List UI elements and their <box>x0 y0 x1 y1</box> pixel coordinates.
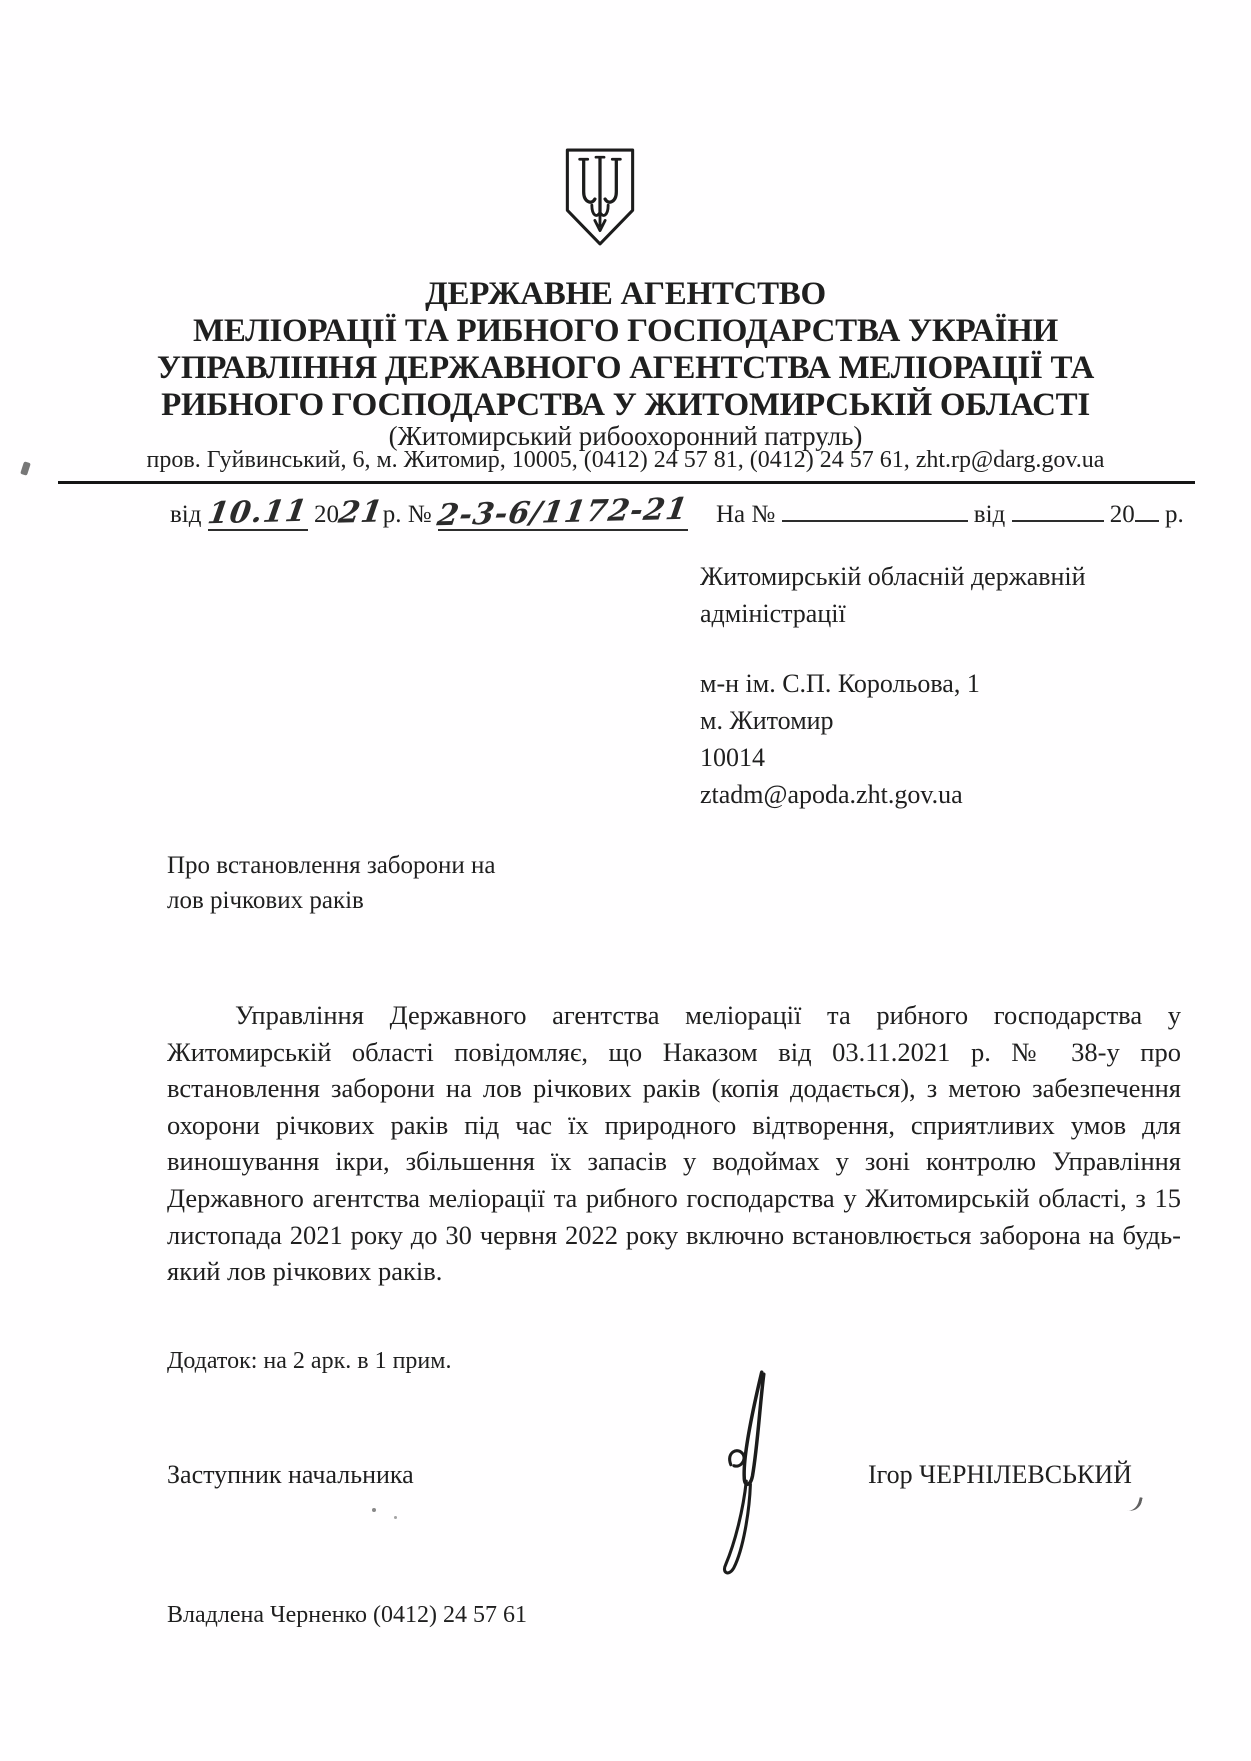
in-ref-date-label: від <box>974 501 1005 528</box>
contacts-line: пров. Гуйвинський, 6, м. Житомир, 10005,… <box>0 447 1251 474</box>
out-ref-prefix: від <box>170 501 201 528</box>
recipient-gap <box>700 632 1086 665</box>
letterhead-divider <box>58 481 1195 484</box>
scanned-letter-page: ДЕРЖАВНЕ АГЕНТСТВО МЕЛІОРАЦІЇ ТА РИБНОГО… <box>0 0 1251 1761</box>
in-ref-number-blank <box>782 498 968 522</box>
ink-mark <box>1126 1495 1142 1514</box>
recipient-email: ztadm@apoda.zht.gov.ua <box>700 776 1086 813</box>
out-ref-number-label: № <box>408 501 432 528</box>
org-name-line2: МЕЛІОРАЦІЇ ТА РИБНОГО ГОСПОДАРСТВА УКРАЇ… <box>0 313 1251 350</box>
recipient-org-line2: адміністрації <box>700 595 1086 632</box>
attachment-note: Додаток: на 2 арк. в 1 прим. <box>167 1348 451 1375</box>
scan-artifact <box>372 1508 376 1512</box>
subject-line2: лов річкових раків <box>167 883 496 918</box>
recipient-address-line2: м. Житомир <box>700 702 1086 739</box>
org-name-line1: ДЕРЖАВНЕ АГЕНТСТВО <box>0 276 1251 313</box>
executor-line: Владлена Черненко (0412) 24 57 61 <box>167 1602 527 1629</box>
body-paragraph: Управління Державного агентства меліорац… <box>167 997 1181 1290</box>
in-ref-century: 20 <box>1110 501 1135 528</box>
recipient-postal-code: 10014 <box>700 739 1086 776</box>
recipient-org-line1: Житомирській обласній державній <box>700 558 1086 595</box>
recipient-block: Житомирській обласній державній адмініст… <box>700 558 1086 813</box>
incoming-reference: На № від 20 р. <box>716 498 1184 529</box>
out-ref-date-handwritten: 10.11 <box>206 497 310 530</box>
subject-block: Про встановлення заборони на лов річкови… <box>167 848 496 918</box>
signer-name: Ігор ЧЕРНІЛЕВСЬКИЙ <box>868 1460 1132 1490</box>
out-ref-year-handwritten: 21 <box>337 497 385 528</box>
in-ref-number-label: На № <box>716 501 775 528</box>
out-ref-date-underline: 10.11 <box>208 498 308 531</box>
org-name-line4: РИБНОГО ГОСПОДАРСТВА У ЖИТОМИРСЬКІЙ ОБЛА… <box>0 387 1251 424</box>
subject-line1: Про встановлення заборони на <box>167 848 496 883</box>
out-ref-number-handwritten: 2-3-6/1172-21 <box>435 495 690 532</box>
out-ref-year-suffix: р. <box>383 501 402 528</box>
out-ref-century: 20 <box>314 501 339 528</box>
out-ref-number-underline: 2-3-6/1172-21 <box>438 498 688 531</box>
in-ref-year-suffix: р. <box>1165 501 1184 528</box>
outgoing-reference: від 10.11 2021р. № 2-3-6/1172-21 <box>170 498 688 531</box>
recipient-address-line1: м-н ім. С.П. Корольова, 1 <box>700 665 1086 702</box>
signer-position-title: Заступник начальника <box>167 1460 414 1490</box>
handwritten-signature-icon <box>688 1366 784 1582</box>
in-ref-year-blank <box>1135 498 1159 522</box>
ukraine-trident-icon <box>561 146 639 248</box>
in-ref-date-blank <box>1012 498 1104 522</box>
scan-artifact <box>394 1516 397 1519</box>
org-name-line3: УПРАВЛІННЯ ДЕРЖАВНОГО АГЕНТСТВА МЕЛІОРАЦ… <box>0 350 1251 387</box>
